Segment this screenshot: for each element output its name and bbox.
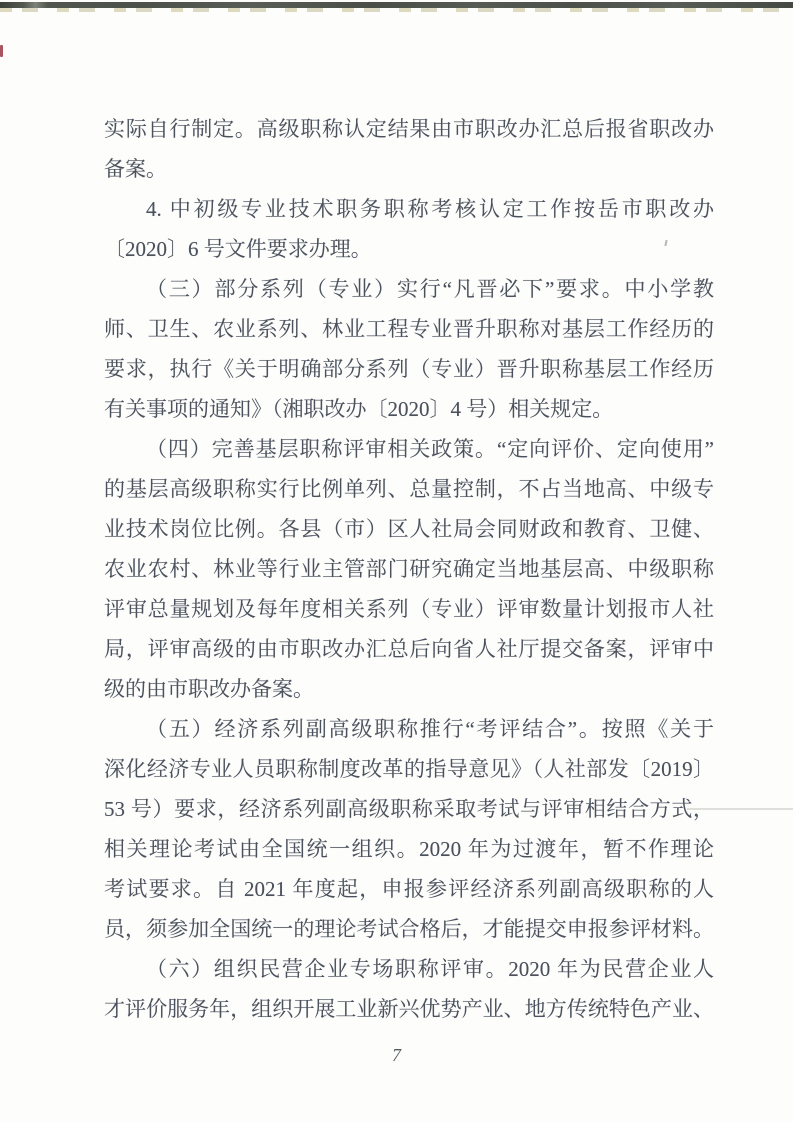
text-line: 备案。 — [104, 149, 714, 189]
text-line: 才评价服务年，组织开展工业新兴优势产业、地方传统特色产业、 — [104, 989, 714, 1029]
text-line: （五）经济系列副高级职称推行“考评结合”。按照《关于 — [104, 709, 714, 749]
text-line: （三）部分系列（专业）实行“凡晋必下”要求。中小学教 — [104, 269, 714, 309]
text-line: 师、卫生、农业系列、林业工程专业晋升职称对基层工作经历的 — [104, 309, 714, 349]
text-line: （六）组织民营企业专场职称评审。2020 年为民营企业人 — [104, 949, 714, 989]
text-line: 深化经济专业人员职称制度改革的指导意见》（人社部发〔2019〕 — [104, 749, 714, 789]
text-line: 员，须参加全国统一的理论考试合格后，才能提交申报参评材料。 — [104, 909, 714, 949]
scan-noise-band-artifact — [0, 8, 793, 12]
text-line: 考试要求。自 2021 年度起，申报参评经济系列副高级职称的人 — [104, 869, 714, 909]
text-line: 有关事项的通知》（湘职改办〔2020〕4 号）相关规定。 — [104, 389, 714, 429]
text-line: 的基层高级职称实行比例单列、总量控制，不占当地高、中级专 — [104, 469, 714, 509]
text-line: 业技术岗位比例。各县（市）区人社局会同财政和教育、卫健、 — [104, 509, 714, 549]
text-line: 〔2020〕6 号文件要求办理。 — [104, 229, 714, 269]
text-line: （四）完善基层职称评审相关政策。“定向评价、定向使用” — [104, 429, 714, 469]
document-body: 实际自行制定。高级职称认定结果由市职改办汇总后报省职改办 备案。 4. 中初级专… — [104, 109, 714, 1029]
text-line: 评审总量规划及每年度相关系列（专业）评审数量计划报市人社 — [104, 589, 714, 629]
scan-red-mark-artifact — [0, 45, 3, 57]
page-number: 7 — [0, 1045, 793, 1066]
text-line: 相关理论考试由全国统一组织。2020 年为过渡年，暂不作理论 — [104, 829, 714, 869]
text-line: 农业农村、林业等行业主管部门研究确定当地基层高、中级职称 — [104, 549, 714, 589]
text-line: 53 号）要求，经济系列副高级职称采取考试与评审相结合方式， — [104, 789, 714, 829]
text-line: 级的由市职改办备案。 — [104, 669, 714, 709]
text-line: 实际自行制定。高级职称认定结果由市职改办汇总后报省职改办 — [104, 109, 714, 149]
text-line: 要求，执行《关于明确部分系列（专业）晋升职称基层工作经历 — [104, 349, 714, 389]
text-line: 4. 中初级专业技术职务职称考核认定工作按岳市职改办 — [104, 189, 714, 229]
scanned-document-page: 实际自行制定。高级职称认定结果由市职改办汇总后报省职改办 备案。 4. 中初级专… — [0, 0, 793, 1122]
text-line: 局，评审高级的由市职改办汇总后向省人社厅提交备案，评审中 — [104, 629, 714, 669]
